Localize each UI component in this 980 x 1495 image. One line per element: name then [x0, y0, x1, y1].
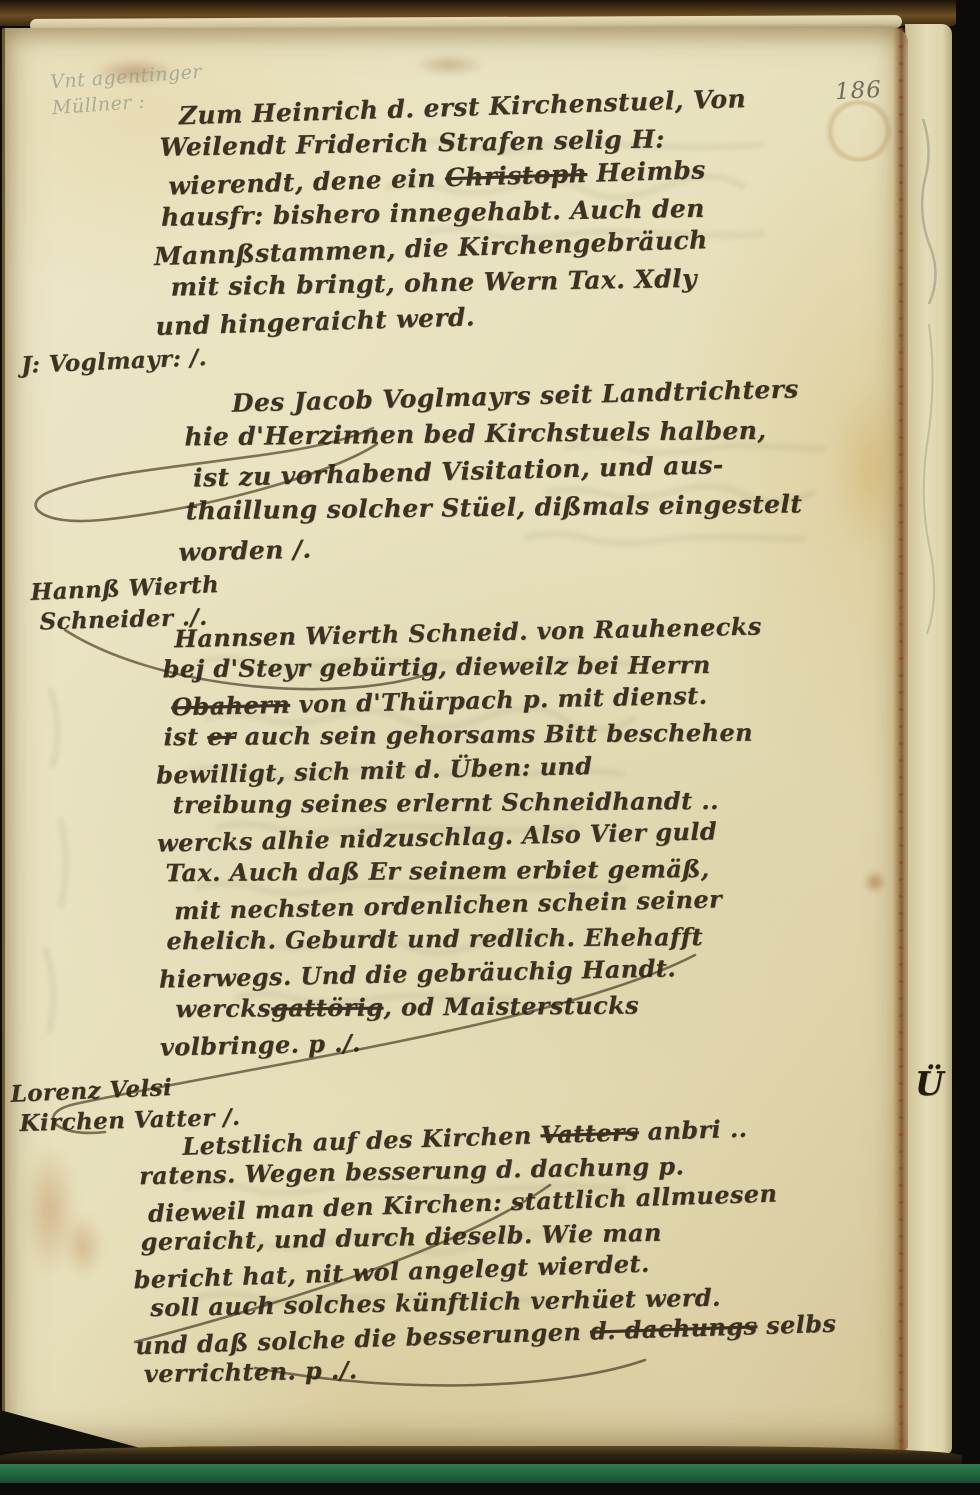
text-segment: Des Jacob Voglmayrs seit Landtrichters — [231, 374, 799, 417]
stain-ring — [823, 100, 895, 162]
text-segment: anbri .. — [638, 1114, 747, 1146]
next-page-edge: Ü — [905, 24, 952, 1454]
green-mat-strip — [0, 1464, 980, 1483]
text-segment: bewilligt, sich mit d. Üben: und — [156, 751, 593, 790]
struck-text: d. dachungs — [589, 1311, 757, 1345]
text-segment: bej d'Steyr gebürtig, dieweilz bei Herrn — [163, 650, 711, 683]
text-segment: wercks — [175, 993, 271, 1023]
text-segment: volbringe. p ./. — [160, 1028, 361, 1061]
struck-text: Christoph — [444, 159, 587, 192]
text-segment: hierwegs. Und die gebräuchig Handt. — [159, 953, 677, 993]
foxing-stain — [23, 1143, 77, 1278]
paragraph-3: Hannsen Wierth Schneid. von Rauhenecksbe… — [154, 612, 768, 1062]
text-segment: ist — [163, 722, 207, 751]
folio-number: 186 — [834, 77, 882, 105]
text-segment: ist zu vorhabend Visitation, und aus- — [193, 450, 724, 492]
foxing-stain — [63, 1213, 103, 1279]
book-bottom-edge — [0, 1446, 962, 1466]
edge-smudge — [413, 54, 485, 76]
manuscript-page: Vnt agentinger Müllner : 186 J: Voglmayr… — [2, 28, 908, 1450]
text-segment: ehelich. Geburdt und redlich. Ehehafft — [166, 922, 703, 955]
text-segment: wercks alhie nidzuschlag. Also Vier guld — [157, 816, 718, 857]
text-segment: selbs — [757, 1309, 837, 1341]
margin-note-1: J: Voglmayr: /. — [21, 343, 208, 380]
gutter-speckle — [899, 28, 903, 1450]
paragraph-2: Des Jacob Voglmayrs seit Landtrichtershi… — [175, 373, 803, 569]
text-segment: auch sein gehorsams Bitt beschehen — [236, 718, 753, 751]
text-segment: worden /. — [178, 535, 312, 567]
struck-text: Vatters — [540, 1117, 639, 1149]
text-segment: Hannsen Wierth Schneid. von Rauhenecks — [174, 611, 762, 653]
margin-note-line: J: Voglmayr: /. — [20, 342, 207, 381]
text-segment: verrichten. p ./. — [144, 1355, 358, 1388]
struck-text: gattörig — [271, 993, 383, 1023]
struck-text: er — [207, 722, 236, 751]
text-segment: Tax. Auch daß Er seinem erbiet gemäß, — [165, 854, 709, 887]
text-segment: Heimbs — [587, 155, 706, 188]
text-segment: von d'Thürpach p. mit dienst. — [290, 681, 708, 719]
paragraph-4: Letstlich auf des Kirchen Vatters anbri … — [130, 1111, 838, 1392]
text-segment: , od Maisterstucks — [383, 991, 639, 1022]
edge-ink-glyph: Ü — [915, 1064, 944, 1103]
text-segment: hie d'Herzinnen bed Kirchstuels halben, — [184, 416, 766, 452]
text-segment: treibung seines erlernt Schneidhandt .. — [172, 786, 718, 819]
edge-pencil-scribble — [905, 24, 952, 1454]
paragraph-1: Zum Heinrich d. erst Kirchenstuel, VonWe… — [150, 83, 751, 341]
text-segment: und hingeraicht werd. — [155, 302, 475, 341]
struck-text: Obahern — [171, 690, 290, 722]
manuscript-photo: Ü — [0, 0, 980, 1495]
text-segment: mit nechsten ordenlichen schein seiner — [174, 884, 723, 925]
ink-spot — [863, 870, 887, 894]
